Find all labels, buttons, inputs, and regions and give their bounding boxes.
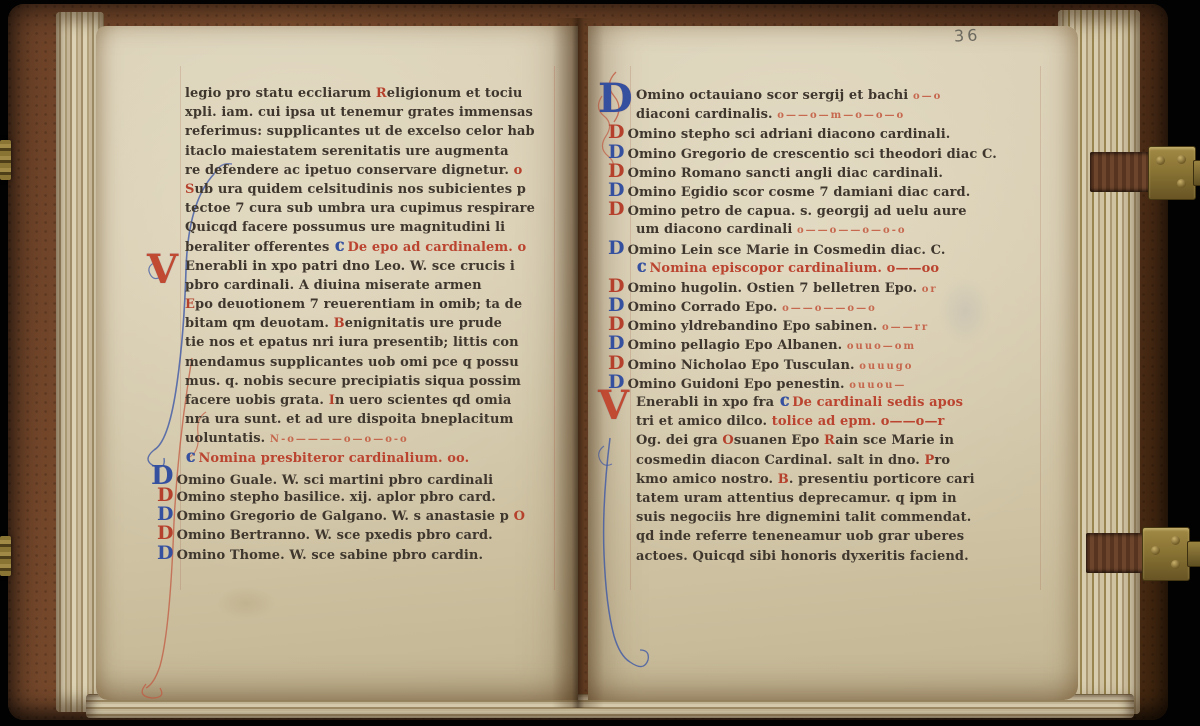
initial-letter: D (608, 316, 625, 332)
initial-letter: D (608, 144, 625, 160)
rivet (1171, 536, 1180, 545)
left-page: legio pro statu eccliarum Religionum et … (96, 26, 578, 700)
body-text: S (185, 182, 195, 197)
body-text: Omino Egidio scor cosme 7 damiani diac c… (628, 185, 971, 200)
rivet (1171, 560, 1180, 569)
body-text: Omino hugolin. Ostien 7 belletren Epo. (628, 281, 922, 296)
rivet (1177, 155, 1186, 164)
body-text: diaconi cardinalis. (636, 107, 777, 122)
body-text: itaclo maiestatem serenitatis ure augmen… (185, 144, 509, 159)
text-line: diaconi cardinalis. o——o—m—o—o—o (636, 105, 1036, 124)
text-line: nra ura sunt. et ad ure dispoita bneplac… (185, 410, 563, 429)
rubric-text: Nomina presbiteror cardinalium. oo. (198, 451, 469, 466)
text-line: DOmino Egidio scor cosme 7 damiani diac … (636, 182, 1036, 201)
body-text: Omino pellagio Epo Albanen. (628, 338, 847, 353)
body-text: kmo amico nostro. (636, 472, 778, 487)
body-text: B (778, 472, 789, 487)
text-line: Quicqd facere possumus ure magnitudini l… (185, 218, 563, 237)
text-line: DOmino Corrado Epo. o——o——o—o (636, 297, 1036, 316)
text-line: DOmino petro de capua. s. georgij ad uel… (636, 201, 1036, 220)
body-text: . presentiu porticore cari (789, 472, 975, 487)
drop-cap: V (598, 388, 629, 424)
text-line: DOmino Thome. W. sce sabine pbro cardin. (185, 545, 563, 564)
line-filler: ouuo—om (847, 341, 916, 352)
body-text: Quicqd facere possumus ure magnitudini l… (185, 220, 505, 235)
text-line: DOmino stepho basilice. xij. aplor pbro … (185, 487, 563, 506)
initial-letter: D (608, 124, 625, 140)
text-line: legio pro statu eccliarum Religionum et … (185, 84, 563, 103)
paraph-mark: C (637, 259, 646, 278)
body-text: tie nos et epatus nri iura presentib; li… (185, 335, 519, 350)
body-text: Og. dei gra (636, 433, 722, 448)
text-line: DOmino Lein sce Marie in Cosmedin diac. … (636, 240, 1036, 259)
text-line: CNomina episcopor cardinalium. o——oo (636, 259, 1036, 278)
body-text: R (824, 433, 835, 448)
body-text: Omino yldrebandino Epo sabinen. (628, 319, 882, 334)
right-page: 36 DOmino octauiano scor sergij et bachi… (588, 26, 1078, 700)
catch-plate-top (0, 140, 11, 180)
text-line: Sub ura quidem celsitudinis nos subicien… (185, 180, 563, 199)
initial-letter: D (608, 297, 625, 313)
body-text: eligionum et tociu (387, 86, 523, 101)
text-line: DOmino Nicholao Epo Tusculan. ouuugo (636, 355, 1036, 374)
body-text: um diacono cardinali (636, 222, 797, 237)
text-line: actoes. Quicqd sibi honoris dyxeritis fa… (636, 547, 1036, 566)
body-text: beraliter offerentes (185, 240, 334, 255)
body-text: Omino Nicholao Epo Tusculan. (628, 358, 860, 373)
text-line: DOmino Gregorio de crescentio sci theodo… (636, 144, 1036, 163)
text-line: DOmino Gregorio de Galgano. W. s anastas… (185, 506, 563, 525)
text-line: tie nos et epatus nri iura presentib; li… (185, 333, 563, 352)
text-line: uoluntatis. N-o————o—o—o-o (185, 429, 563, 448)
initial-letter: D (608, 201, 625, 217)
rubric-text: De epo ad cardinalem. o (348, 240, 527, 255)
body-text: n uero scientes qd omia (335, 393, 512, 408)
clasp-hook-top (1193, 160, 1200, 186)
text-line: DOmino Bertranno. W. sce pxedis pbro car… (185, 525, 563, 544)
line-filler: ouuou— (849, 380, 906, 391)
body-text: tatem uram attentius deprecamur. q ipm i… (636, 491, 957, 506)
text-line: VEnerabli in xpo fra CDe cardinali sedis… (636, 393, 1036, 412)
paraph-mark: C (335, 238, 344, 257)
body-text: qd inde referre teneneamur uob grar uber… (636, 529, 964, 544)
clasp-buckle-top (1148, 146, 1196, 200)
text-line: DOmino Guale. W. sci martini pbro cardin… (185, 468, 563, 487)
rivet (1151, 546, 1160, 555)
text-line: Epo deuotionem 7 reuerentiam in omib; ta… (185, 295, 563, 314)
paraph-mark: C (780, 393, 789, 412)
text-line: tri et amico dilco. tolice ad epm. o——o—… (636, 412, 1036, 431)
initial-letter: D (608, 335, 625, 351)
line-filler: o——rr (882, 322, 929, 333)
body-text: Omino stepho basilice. xij. aplor pbro c… (177, 490, 496, 505)
body-text: Omino Guidoni Epo penestin. (628, 377, 850, 392)
text-line: DOmino pellagio Epo Albanen. ouuo—om (636, 335, 1036, 354)
text-line: mendamus supplicantes uob omi pce q poss… (185, 353, 563, 372)
body-text: mus. q. nobis secure precipiatis siqua p… (185, 374, 521, 389)
initial-letter: D (608, 163, 625, 179)
body-text: pbro cardinali. A diuina miserate armen (185, 278, 482, 293)
body-text: Omino petro de capua. s. georgij ad uelu… (628, 204, 967, 219)
text-line: bitam qm deuotam. Benignitatis ure prude (185, 314, 563, 333)
line-filler: ouuugo (859, 361, 913, 372)
body-text: facere uobis grata. (185, 393, 329, 408)
text-line: xpli. iam. cui ipsa ut tenemur grates im… (185, 103, 563, 122)
body-text: suanen Epo (734, 433, 824, 448)
manuscript-photograph: legio pro statu eccliarum Religionum et … (0, 0, 1200, 726)
initial-letter: D (157, 525, 174, 541)
body-text: re defendere ac ipetuo conservare dignet… (185, 163, 514, 178)
left-page-text: legio pro statu eccliarum Religionum et … (185, 84, 563, 564)
body-text: suis negociis hre dignemini talit commen… (636, 510, 971, 525)
body-text: ub ura quidem celsitudinis nos subicient… (195, 182, 527, 197)
body-text: Omino Lein sce Marie in Cosmedin diac. C… (628, 243, 946, 258)
text-line: tatem uram attentius deprecamur. q ipm i… (636, 489, 1036, 508)
text-line: DOmino Guidoni Epo penestin. ouuou— (636, 374, 1036, 393)
text-line: DOmino hugolin. Ostien 7 belletren Epo. … (636, 278, 1036, 297)
text-line: re defendere ac ipetuo conservare dignet… (185, 161, 563, 180)
initial-letter: D (151, 468, 174, 484)
body-text: O (722, 433, 733, 448)
line-filler: o——o——o—o-o (797, 225, 907, 236)
text-line: suis negociis hre dignemini talit commen… (636, 508, 1036, 527)
line-filler: or (922, 284, 938, 295)
body-text: cosmedin diacon Cardinal. salt in dno. (636, 453, 925, 468)
text-line: mus. q. nobis secure precipiatis siqua p… (185, 372, 563, 391)
body-text: Omino Bertranno. W. sce pxedis pbro card… (177, 528, 493, 543)
body-text: bitam qm deuotam. (185, 316, 334, 331)
body-text: Omino stepho sci adriani diacono cardina… (628, 127, 951, 142)
text-line: cosmedin diacon Cardinal. salt in dno. P… (636, 451, 1036, 470)
initial-letter: D (608, 182, 625, 198)
body-text: tectoe 7 cura sub umbra ura cupimus resp… (185, 201, 535, 216)
body-text: Omino Guale. W. sci martini pbro cardina… (177, 473, 494, 488)
body-text: O (514, 509, 525, 524)
parchment-stain (216, 586, 276, 620)
text-line: um diacono cardinali o——o——o—o-o (636, 220, 1036, 239)
body-text: Omino Gregorio de crescentio sci theodor… (628, 147, 997, 162)
body-text: mendamus supplicantes uob omi pce q poss… (185, 355, 519, 370)
body-text: uoluntatis. (185, 431, 270, 446)
text-line: beraliter offerentes CDe epo ad cardinal… (185, 238, 563, 257)
initial-letter: D (157, 545, 174, 561)
text-line: referimus: supplicantes ut de excelso ce… (185, 122, 563, 141)
line-filler: o—o (913, 91, 942, 102)
clasp-strap-bottom (1086, 533, 1146, 573)
body-text: Enerabli in xpo fra (636, 395, 779, 410)
text-line: Og. dei gra Osuanen Epo Rain sce Marie i… (636, 431, 1036, 450)
body-text: nra ura sunt. et ad ure dispoita bneplac… (185, 412, 513, 427)
line-filler: o——o——o—o (782, 303, 877, 314)
body-text: Omino Corrado Epo. (628, 300, 783, 315)
body-text: P (925, 453, 935, 468)
body-text: po deuotionem 7 reuerentiam in omib; ta … (195, 297, 522, 312)
text-line: qd inde referre teneneamur uob grar uber… (636, 527, 1036, 546)
rubric-text: De cardinali sedis apos (792, 395, 963, 410)
body-text: tri et amico dilco. (636, 414, 772, 429)
drop-cap: D (598, 81, 633, 117)
initial-letter: D (608, 278, 625, 294)
rubric-text: Nomina episcopor cardinalium. o——oo (649, 261, 939, 276)
clasp-buckle-bottom (1142, 527, 1190, 581)
clasp-strap-top (1090, 152, 1152, 192)
text-line: pbro cardinali. A diuina miserate armen (185, 276, 563, 295)
body-text: Omino octauiano scor sergij et bachi (636, 88, 913, 103)
text-line: DOmino yldrebandino Epo sabinen. o——rr (636, 316, 1036, 335)
body-text: Omino Thome. W. sce sabine pbro cardin. (177, 548, 484, 563)
text-line: VEnerabli in xpo patri dno Leo. W. sce c… (185, 257, 563, 276)
paraph-mark: C (186, 449, 195, 468)
line-filler: N-o————o—o—o-o (270, 434, 409, 445)
body-text: Omino Romano sancti angli diac cardinali… (628, 166, 943, 181)
text-line: DOmino stepho sci adriani diacono cardin… (636, 124, 1036, 143)
text-line: CNomina presbiteror cardinalium. oo. (185, 449, 563, 468)
body-text: B (334, 316, 345, 331)
rivet (1177, 179, 1186, 188)
text-line: itaclo maiestatem serenitatis ure augmen… (185, 142, 563, 161)
body-text: E (185, 297, 195, 312)
text-line: DOmino octauiano scor sergij et bachi o—… (636, 86, 1036, 105)
line-filler: o——o—m—o—o—o (777, 110, 905, 121)
body-text: R (376, 86, 387, 101)
body-text: o (514, 163, 523, 178)
initial-letter: D (157, 487, 174, 503)
body-text: legio pro statu eccliarum (185, 86, 376, 101)
text-line: DOmino Romano sancti angli diac cardinal… (636, 163, 1036, 182)
body-text: ain sce Marie in (835, 433, 954, 448)
initial-letter: D (608, 355, 625, 371)
rivet (1156, 156, 1165, 165)
text-line: facere uobis grata. In uero scientes qd … (185, 391, 563, 410)
body-text: Enerabli in xpo patri dno Leo. W. sce cr… (185, 259, 515, 274)
body-text: actoes. Quicqd sibi honoris dyxeritis fa… (636, 549, 969, 564)
clasp-hook-bottom (1187, 541, 1200, 567)
text-line: kmo amico nostro. B. presentiu porticore… (636, 470, 1036, 489)
drop-cap: V (147, 252, 178, 288)
body-text: xpli. iam. cui ipsa ut tenemur grates im… (185, 105, 533, 120)
text-line: tectoe 7 cura sub umbra ura cupimus resp… (185, 199, 563, 218)
catch-plate-bottom (0, 536, 11, 576)
rubric-text: tolice ad epm. o——o—r (772, 414, 945, 429)
right-page-text: DOmino octauiano scor sergij et bachi o—… (636, 86, 1036, 566)
ruling-line (1040, 66, 1041, 590)
folio-number: 36 (954, 25, 981, 45)
body-text: enignitatis ure prude (345, 316, 502, 331)
initial-letter: D (608, 240, 625, 256)
initial-letter: D (157, 506, 174, 522)
body-text: referimus: supplicantes ut de excelso ce… (185, 124, 535, 139)
body-text: ro (934, 453, 950, 468)
body-text: Omino Gregorio de Galgano. W. s anastasi… (177, 509, 514, 524)
